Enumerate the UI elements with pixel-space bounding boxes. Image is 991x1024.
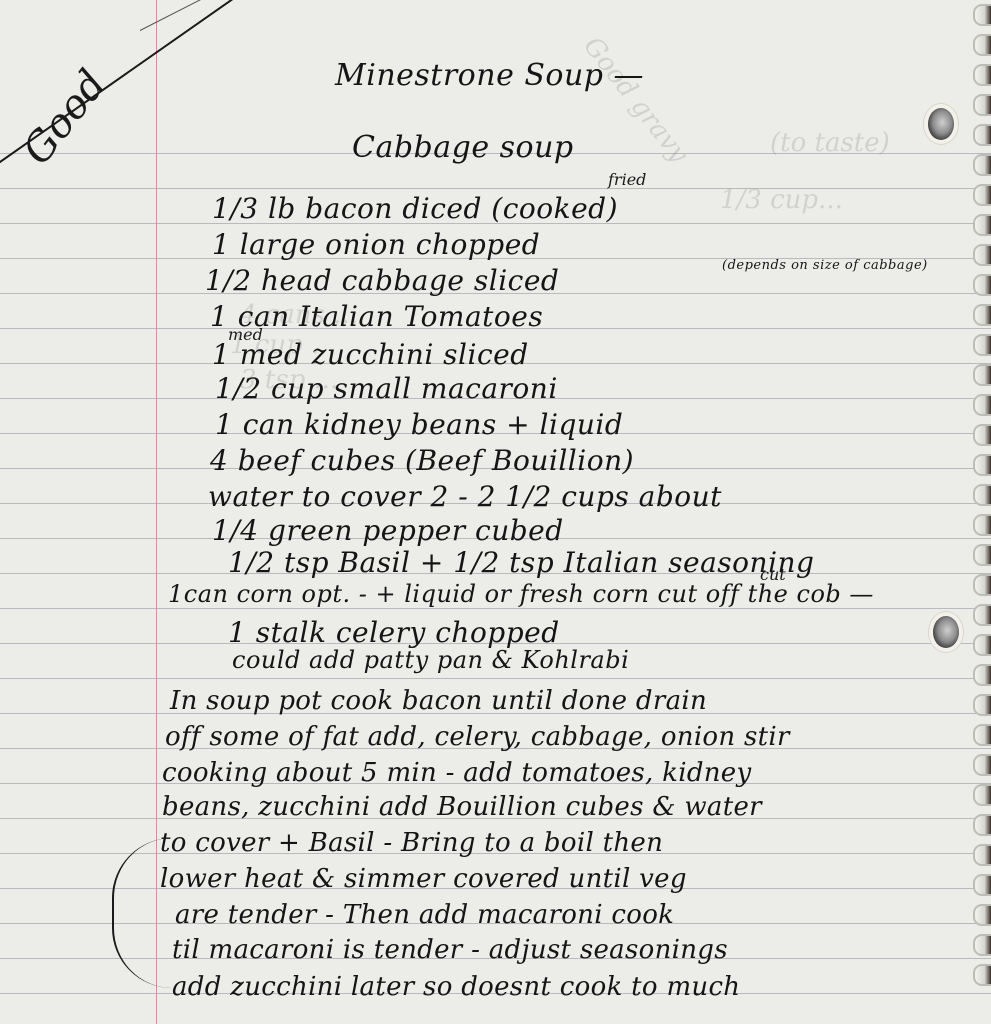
instruction-line: are tender - Then add macaroni cook bbox=[175, 900, 674, 930]
punch-hole bbox=[928, 108, 954, 140]
ingredient-line: 1/2 tsp Basil + 1/2 tsp Italian seasonin… bbox=[228, 546, 814, 579]
spiral-coil bbox=[973, 964, 991, 986]
instruction-line: cooking about 5 min - add tomatoes, kidn… bbox=[162, 758, 752, 788]
ingredient-line: 1 large onion chopped bbox=[212, 228, 540, 261]
spiral-coil bbox=[973, 274, 991, 296]
ingredient-line: 1/4 green pepper cubed bbox=[212, 514, 564, 547]
ingredient-line: 1 can kidney beans + liquid bbox=[215, 408, 623, 441]
ingredient-line: 1can corn opt. - + liquid or fresh corn … bbox=[168, 580, 874, 608]
ingredient-line: 1 med zucchini sliced bbox=[212, 338, 529, 371]
spiral-coil bbox=[973, 784, 991, 806]
spiral-coil bbox=[973, 904, 991, 926]
ingredient-line: 1/2 head cabbage sliced bbox=[205, 264, 559, 297]
spiral-coil bbox=[973, 34, 991, 56]
instruction-line: lower heat & simmer covered until veg bbox=[160, 864, 687, 894]
ingredient-line: 4 beef cubes (Beef Bouillion) bbox=[210, 444, 634, 477]
spiral-coil bbox=[973, 64, 991, 86]
recipe-title: Minestrone Soup — bbox=[335, 58, 644, 93]
spiral-coil bbox=[973, 544, 991, 566]
instruction-line: til macaroni is tender - adjust seasonin… bbox=[172, 935, 728, 965]
spiral-coil bbox=[973, 484, 991, 506]
side-note-cabbage: (depends on size of cabbage) bbox=[722, 258, 952, 273]
annotation-fried: fried bbox=[608, 170, 646, 189]
spiral-coil bbox=[973, 244, 991, 266]
spiral-coil bbox=[973, 334, 991, 356]
ingredient-line: 1/2 cup small macaroni bbox=[215, 372, 558, 405]
ingredient-line: 1 stalk celery chopped bbox=[228, 616, 560, 649]
instruction-line: beans, zucchini add Bouillion cubes & wa… bbox=[162, 792, 762, 822]
spiral-coil bbox=[973, 304, 991, 326]
spiral-coil bbox=[973, 4, 991, 26]
spiral-coil bbox=[973, 634, 991, 656]
spiral-coil bbox=[973, 724, 991, 746]
spiral-coil bbox=[973, 514, 991, 536]
spiral-coil bbox=[973, 214, 991, 236]
margin-bracket bbox=[112, 838, 174, 988]
spiral-coil bbox=[973, 574, 991, 596]
spiral-coil bbox=[973, 814, 991, 836]
spiral-coil bbox=[973, 454, 991, 476]
spiral-binding bbox=[969, 0, 991, 1024]
ingredient-line: water to cover 2 - 2 1/2 cups about bbox=[208, 480, 722, 513]
spiral-coil bbox=[973, 844, 991, 866]
spiral-coil bbox=[973, 124, 991, 146]
ingredient-line: 1/3 lb bacon diced (cooked) bbox=[212, 192, 618, 225]
instruction-line: to cover + Basil - Bring to a boil then bbox=[160, 828, 663, 858]
spiral-coil bbox=[973, 424, 991, 446]
notebook-page: Good gravy (to taste) 1/3 cup... 4 cans … bbox=[0, 0, 991, 1024]
spiral-coil bbox=[973, 184, 991, 206]
spiral-coil bbox=[973, 874, 991, 896]
instruction-line: add zucchini later so doesnt cook to muc… bbox=[172, 972, 740, 1002]
bleed-through-text: (to taste) bbox=[770, 128, 890, 158]
spiral-coil bbox=[973, 394, 991, 416]
spiral-coil bbox=[973, 934, 991, 956]
spiral-coil bbox=[973, 754, 991, 776]
punch-hole bbox=[933, 616, 959, 648]
spiral-coil bbox=[973, 694, 991, 716]
bleed-through-text: 1/3 cup... bbox=[720, 185, 843, 215]
spiral-coil bbox=[973, 664, 991, 686]
spiral-coil bbox=[973, 94, 991, 116]
spiral-coil bbox=[973, 154, 991, 176]
spiral-coil bbox=[973, 604, 991, 626]
instruction-line: In soup pot cook bacon until done drain bbox=[170, 686, 707, 716]
recipe-subtitle: Cabbage soup bbox=[352, 130, 574, 165]
instruction-line: off some of fat add, celery, cabbage, on… bbox=[165, 722, 790, 752]
ingredient-note: could add patty pan & Kohlrabi bbox=[232, 646, 629, 674]
spiral-coil bbox=[973, 364, 991, 386]
